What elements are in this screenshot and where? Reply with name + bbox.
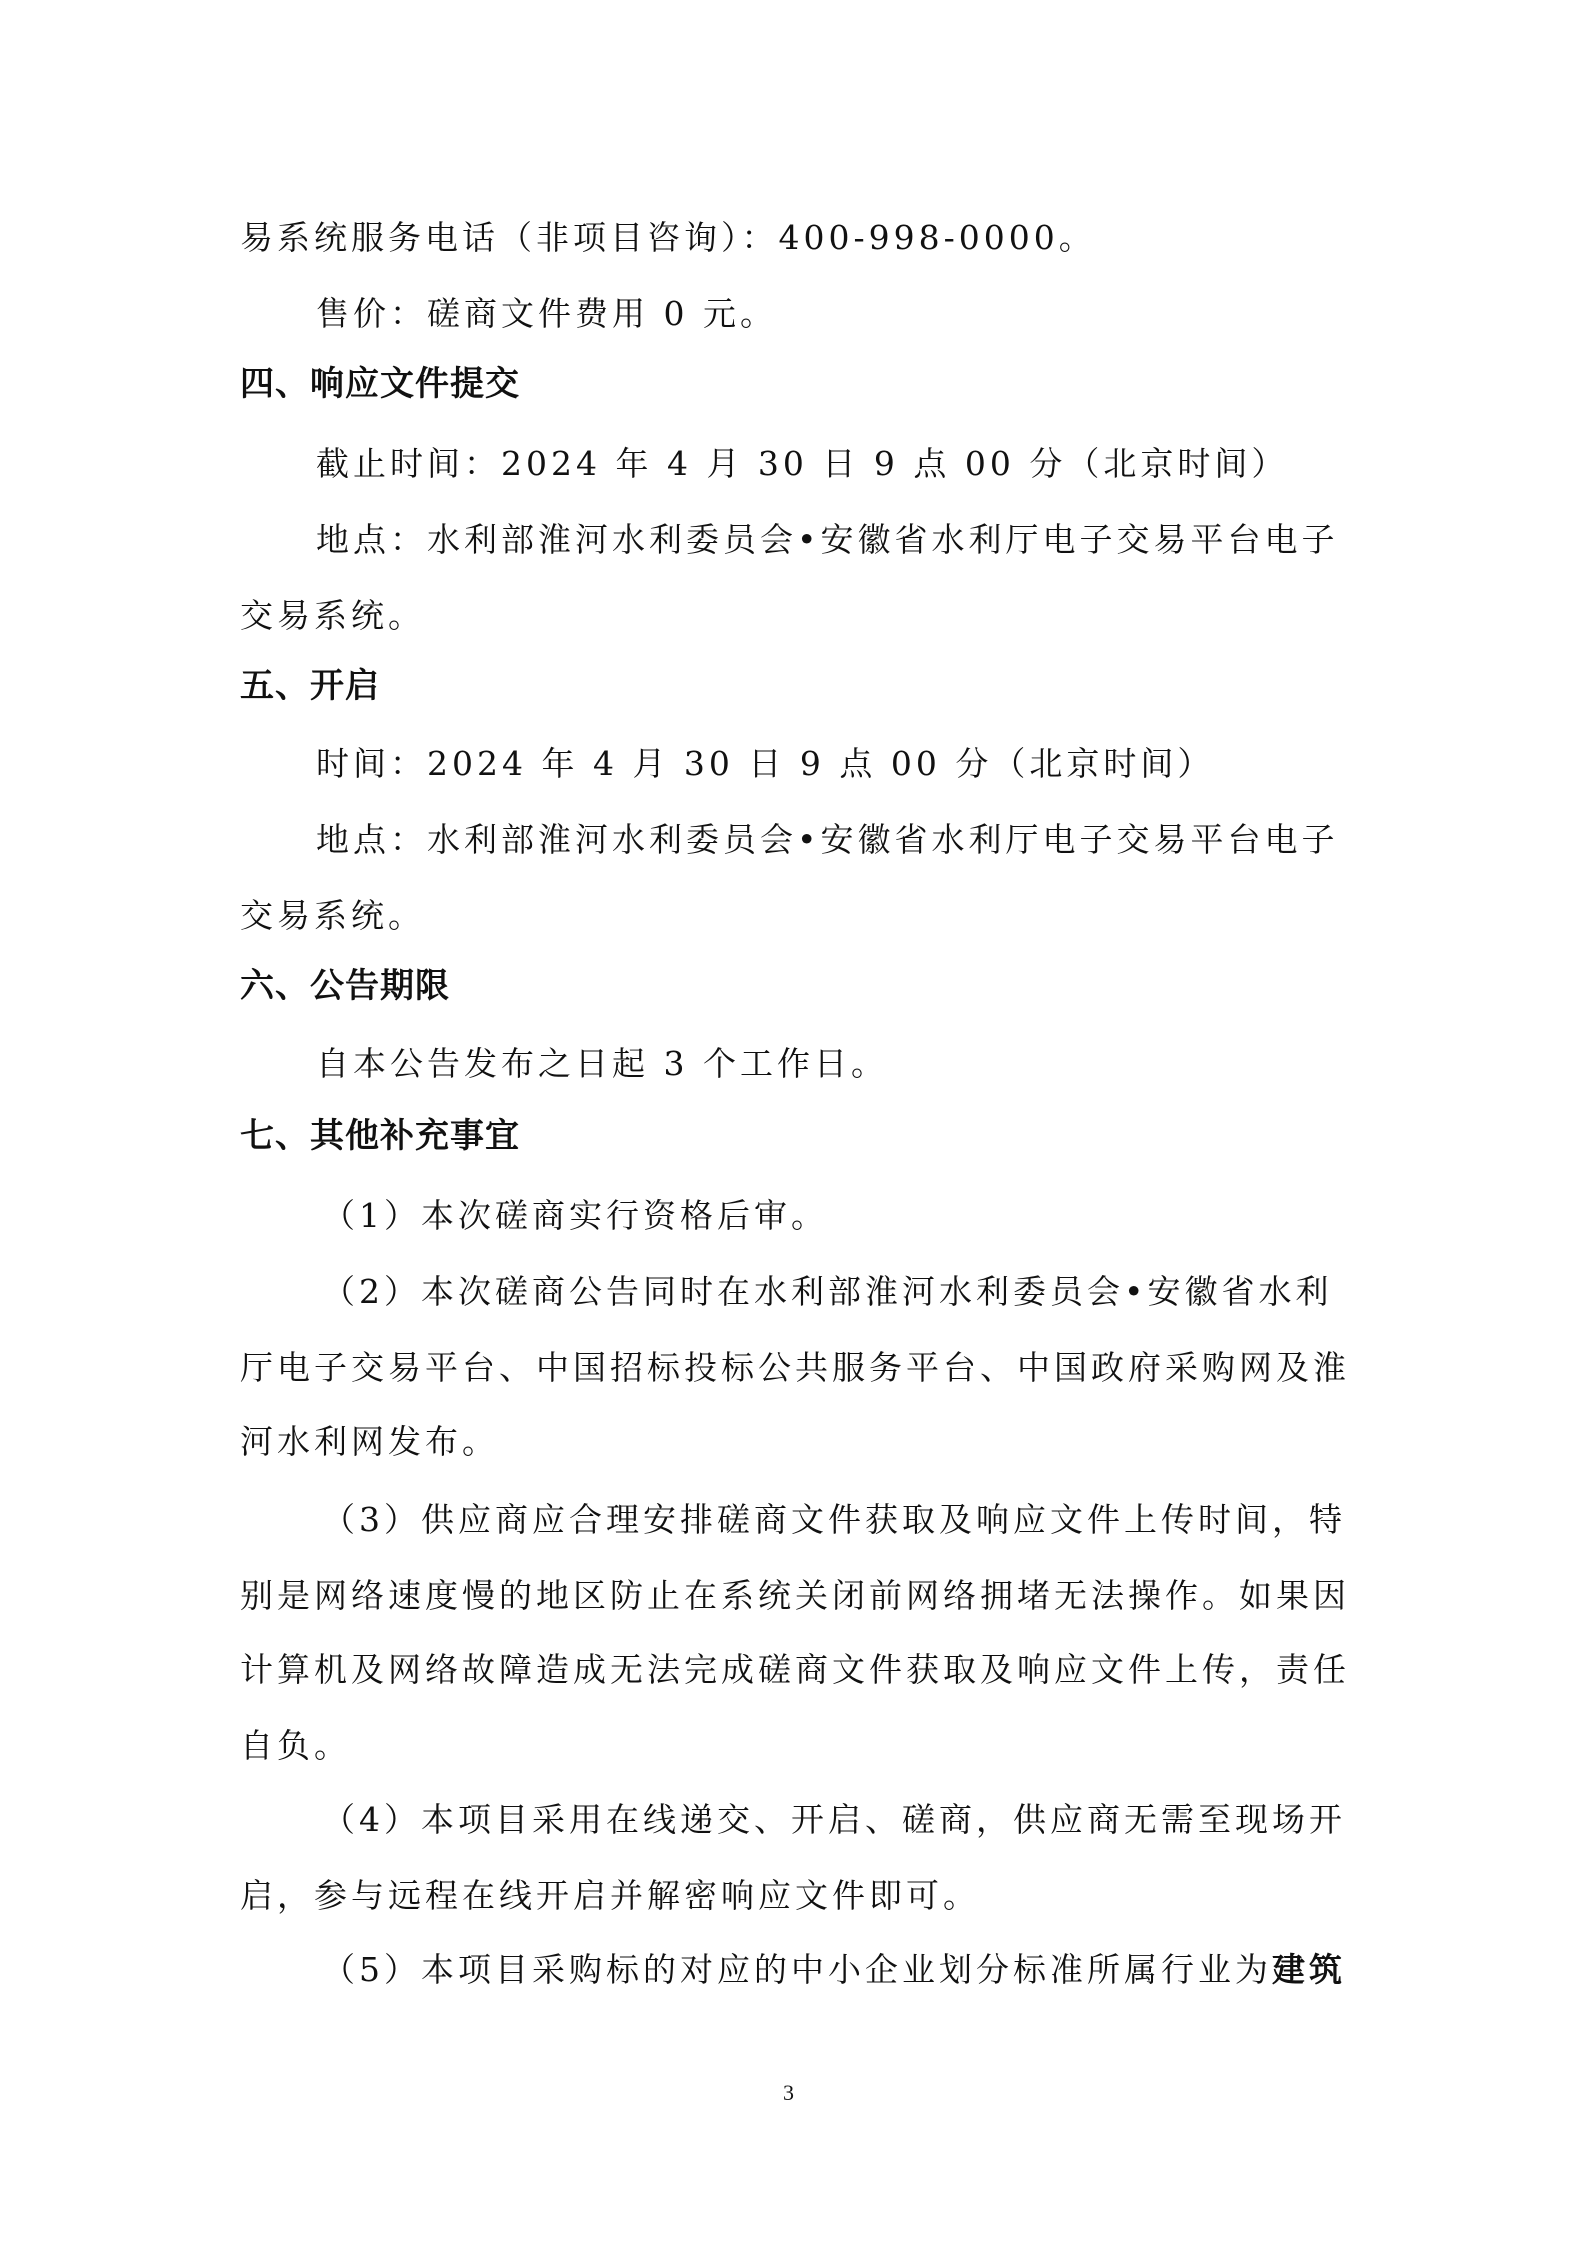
other-item-4-line1: （4）本项目采用在线递交、开启、磋商，供应商无需至现场开 — [322, 1800, 1432, 1840]
other-item-2-line2: 厅电子交易平台、中国招标投标公共服务平台、中国政府采购网及淮 — [240, 1348, 1350, 1388]
submission-deadline: 截止时间：2024 年 4 月 30 日 9 点 00 分（北京时间） — [316, 444, 1426, 484]
notice-period-text: 自本公告发布之日起 3 个工作日。 — [316, 1044, 1426, 1084]
other-item-4-line2: 启，参与远程在线开启并解密响应文件即可。 — [240, 1876, 1350, 1916]
opening-location-line1: 地点：水利部淮河水利委员会•安徽省水利厅电子交易平台电子 — [316, 820, 1426, 860]
section-heading-other-matters: 七、其他补充事宜 — [240, 1116, 1350, 1156]
other-item-3-line4: 自负。 — [240, 1726, 1350, 1766]
submission-location-line2: 交易系统。 — [240, 596, 1350, 636]
section-heading-notice-period: 六、公告期限 — [240, 966, 1350, 1006]
other-item-2-line3: 河水利网发布。 — [240, 1422, 1350, 1462]
other-item-3-line3: 计算机及网络故障造成无法完成磋商文件获取及响应文件上传，责任 — [240, 1650, 1350, 1690]
other-item-5-text: （5）本项目采购标的对应的中小企业划分标准所属行业为 — [322, 1950, 1272, 1989]
price-line: 售价：磋商文件费用 0 元。 — [316, 294, 1426, 334]
other-item-5-industry: 建筑 — [1272, 1950, 1346, 1989]
other-item-1: （1）本次磋商实行资格后审。 — [322, 1196, 1432, 1236]
opening-location-line2: 交易系统。 — [240, 896, 1350, 936]
other-item-2-line1: （2）本次磋商公告同时在水利部淮河水利委员会•安徽省水利 — [322, 1272, 1432, 1312]
service-phone-line: 易系统服务电话（非项目咨询）：400-998-0000。 — [240, 218, 1350, 258]
other-item-3-line2: 别是网络速度慢的地区防止在系统关闭前网络拥堵无法操作。如果因 — [240, 1576, 1350, 1616]
other-item-5-line1: （5）本项目采购标的对应的中小企业划分标准所属行业为建筑 — [322, 1950, 1432, 1990]
opening-time: 时间：2024 年 4 月 30 日 9 点 00 分（北京时间） — [316, 744, 1426, 784]
page-number: 3 — [783, 2080, 794, 2106]
document-page: 易系统服务电话（非项目咨询）：400-998-0000。 售价：磋商文件费用 0… — [0, 0, 1587, 2245]
other-item-3-line1: （3）供应商应合理安排磋商文件获取及响应文件上传时间，特 — [322, 1500, 1432, 1540]
submission-location-line1: 地点：水利部淮河水利委员会•安徽省水利厅电子交易平台电子 — [316, 520, 1426, 560]
section-heading-submission: 四、响应文件提交 — [240, 364, 1350, 404]
section-heading-opening: 五、开启 — [240, 666, 1350, 706]
